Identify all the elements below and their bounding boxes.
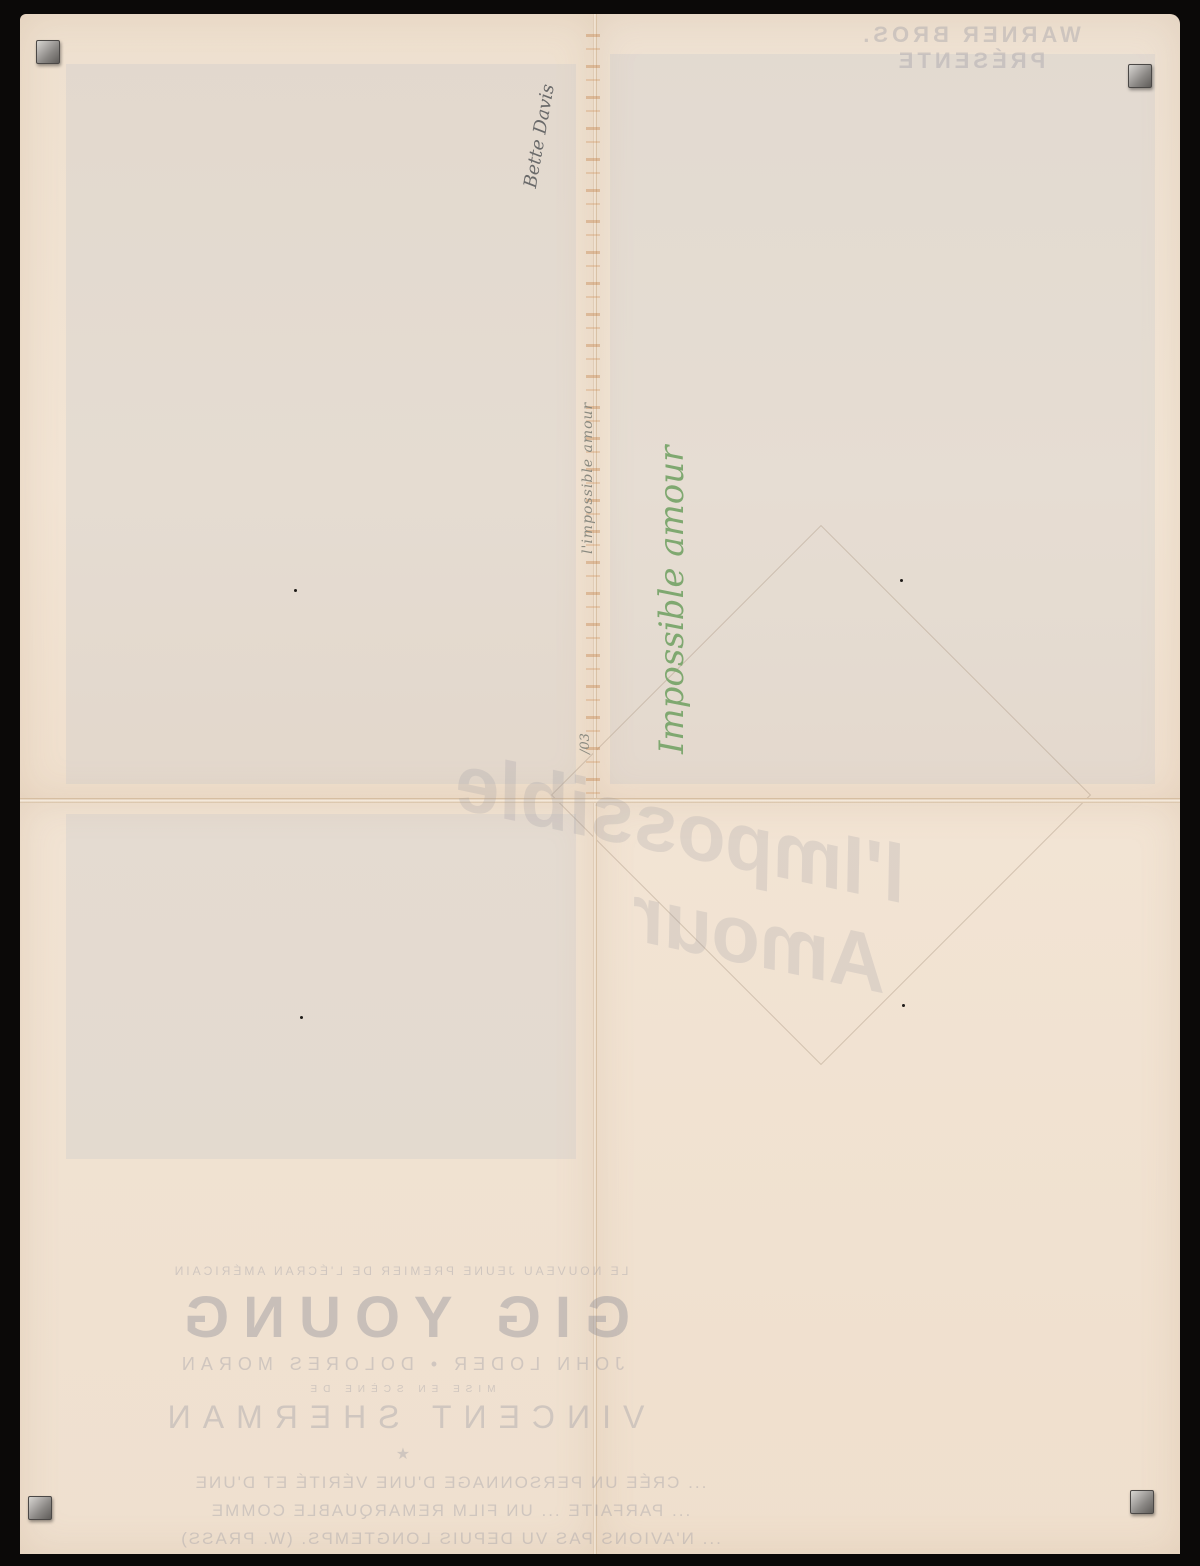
magnet-top-left xyxy=(36,40,60,64)
quote-line: ... PARFAITE ... UN FILM REMARQUABLE COM… xyxy=(120,1497,780,1525)
show-through-director-label: MISE EN SCÈNE DE xyxy=(120,1384,680,1395)
pin-hole xyxy=(294,589,297,592)
show-through-image-bottom-left xyxy=(66,814,576,1159)
show-through-cast: JOHN LODER • DOLORES MORAN xyxy=(120,1354,680,1375)
magnet-bottom-left xyxy=(28,1496,52,1520)
show-through-credit: LE NOUVEAU JEUNE PREMIER DE L'ÉCRAN AMÉR… xyxy=(120,1264,680,1278)
pin-hole xyxy=(902,1004,905,1007)
pencil-title-note: l'impossible amour xyxy=(580,402,596,554)
show-through-director: VINCENT SHERMAN xyxy=(120,1399,680,1436)
show-through-image-top-left xyxy=(66,64,576,784)
pin-hole xyxy=(900,579,903,582)
show-through-brand: WARNER BROS. PRÉSENTE xyxy=(820,22,1120,74)
pencil-number-note: /03 xyxy=(578,733,593,754)
show-through-star-icon: ★ xyxy=(120,1444,680,1464)
green-pencil-title: Impossible amour xyxy=(652,446,692,754)
quote-line: ... N'AVIONS PAS VU DEPUIS LONGTEMPS. (W… xyxy=(120,1525,780,1553)
quote-line: ... CRÉE UN PERSONNAGE D'UNE VÉRITÉ ET D… xyxy=(120,1469,780,1497)
pin-hole xyxy=(300,1016,303,1019)
magnet-bottom-right xyxy=(1130,1490,1154,1514)
magnet-top-right xyxy=(1128,64,1152,88)
poster-back: WARNER BROS. PRÉSENTE l'Impossible Amour… xyxy=(20,14,1180,1554)
show-through-quote: ... CRÉE UN PERSONNAGE D'UNE VÉRITÉ ET D… xyxy=(120,1469,780,1553)
show-through-star-name: GIG YOUNG xyxy=(120,1284,680,1351)
